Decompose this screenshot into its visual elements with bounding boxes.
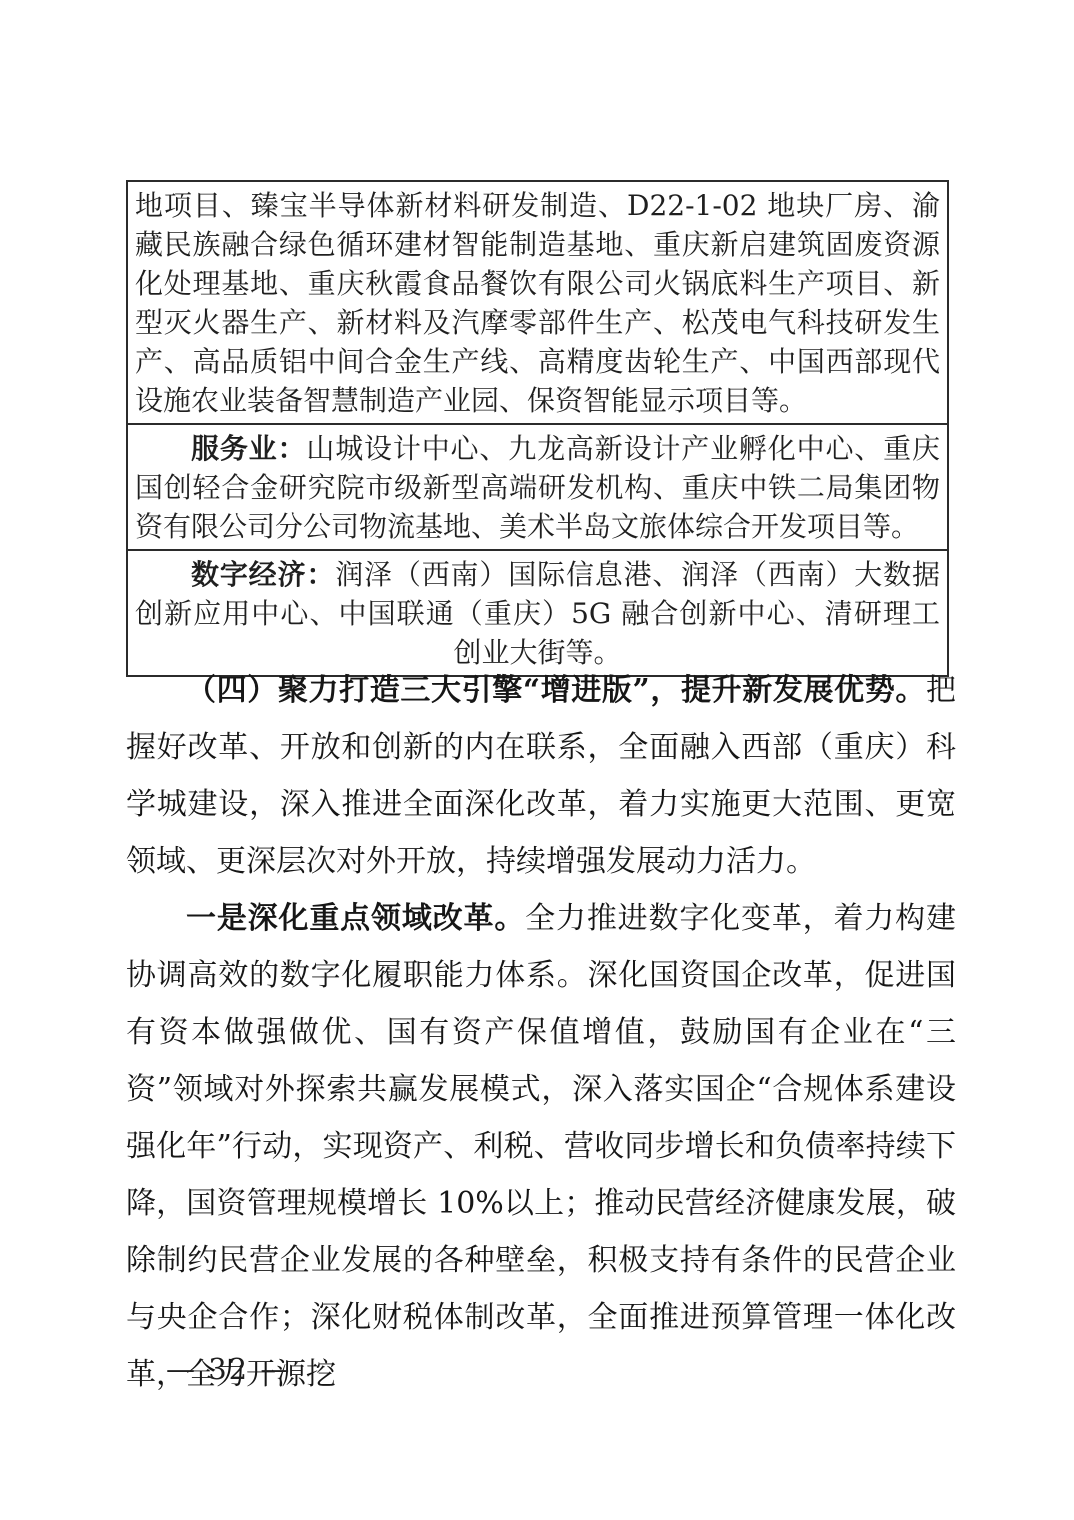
table-row-industry-continued: 地项目、臻宝半导体新材料研发制造、D22-1-02 地块厂房、渝藏民族融合绿色循… bbox=[128, 182, 947, 423]
key-projects-table: 地项目、臻宝半导体新材料研发制造、D22-1-02 地块厂房、渝藏民族融合绿色循… bbox=[126, 180, 949, 677]
table-row-services: 服务业：山城设计中心、九龙高新设计产业孵化中心、重庆国创轻合金研究院市级新型高端… bbox=[128, 423, 947, 549]
table-cell-text: 地项目、臻宝半导体新材料研发制造、D22-1-02 地块厂房、渝藏民族融合绿色循… bbox=[135, 189, 940, 417]
table-row-digital-economy: 数字经济：润泽（西南）国际信息港、润泽（西南）大数据创新应用中心、中国联通（重庆… bbox=[128, 549, 947, 675]
document-body: （四）聚力打造三大引擎“增进版”，提升新发展优势。把握好改革、开放和创新的内在联… bbox=[126, 662, 956, 1403]
document-page: 地项目、臻宝半导体新材料研发制造、D22-1-02 地块厂房、渝藏民族融合绿色循… bbox=[0, 0, 1074, 1520]
paragraph-section-four: （四）聚力打造三大引擎“增进版”，提升新发展优势。把握好改革、开放和创新的内在联… bbox=[126, 662, 956, 890]
paragraph-body-reform: 全力推进数字化变革，着力构建协调高效的数字化履职能力体系。深化国资国企改革，促进… bbox=[126, 901, 956, 1392]
table-cell-label-services: 服务业： bbox=[191, 432, 306, 465]
page-number: — 32 — bbox=[166, 1352, 291, 1386]
paragraph-lead-reform: 一是深化重点领域改革。 bbox=[186, 901, 525, 936]
paragraph-lead-section-four: （四）聚力打造三大引擎“增进版”，提升新发展优势。 bbox=[186, 673, 926, 708]
table-cell-label-digital-economy: 数字经济： bbox=[191, 558, 335, 591]
paragraph-reform: 一是深化重点领域改革。全力推进数字化变革，着力构建协调高效的数字化履职能力体系。… bbox=[126, 890, 956, 1403]
